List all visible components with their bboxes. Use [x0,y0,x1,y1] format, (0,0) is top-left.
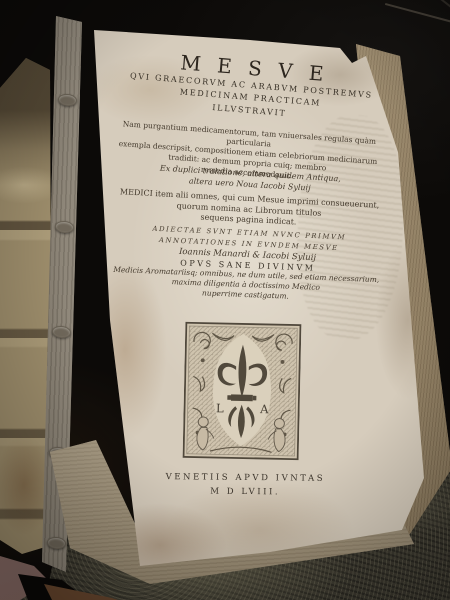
imprint-date: M D LVIII. [128,484,360,500]
photo-of-antique-book: MESVE QVI GRAECORVM AC ARABVM POSTREMVS … [0,0,450,600]
printer-device-woodcut: L A [182,315,301,467]
imprint-block: VENETIIS APVD IVNTAS M D LVIII. [128,471,360,501]
device-letter-left: L [216,401,224,415]
device-letter-right: A [259,402,269,416]
